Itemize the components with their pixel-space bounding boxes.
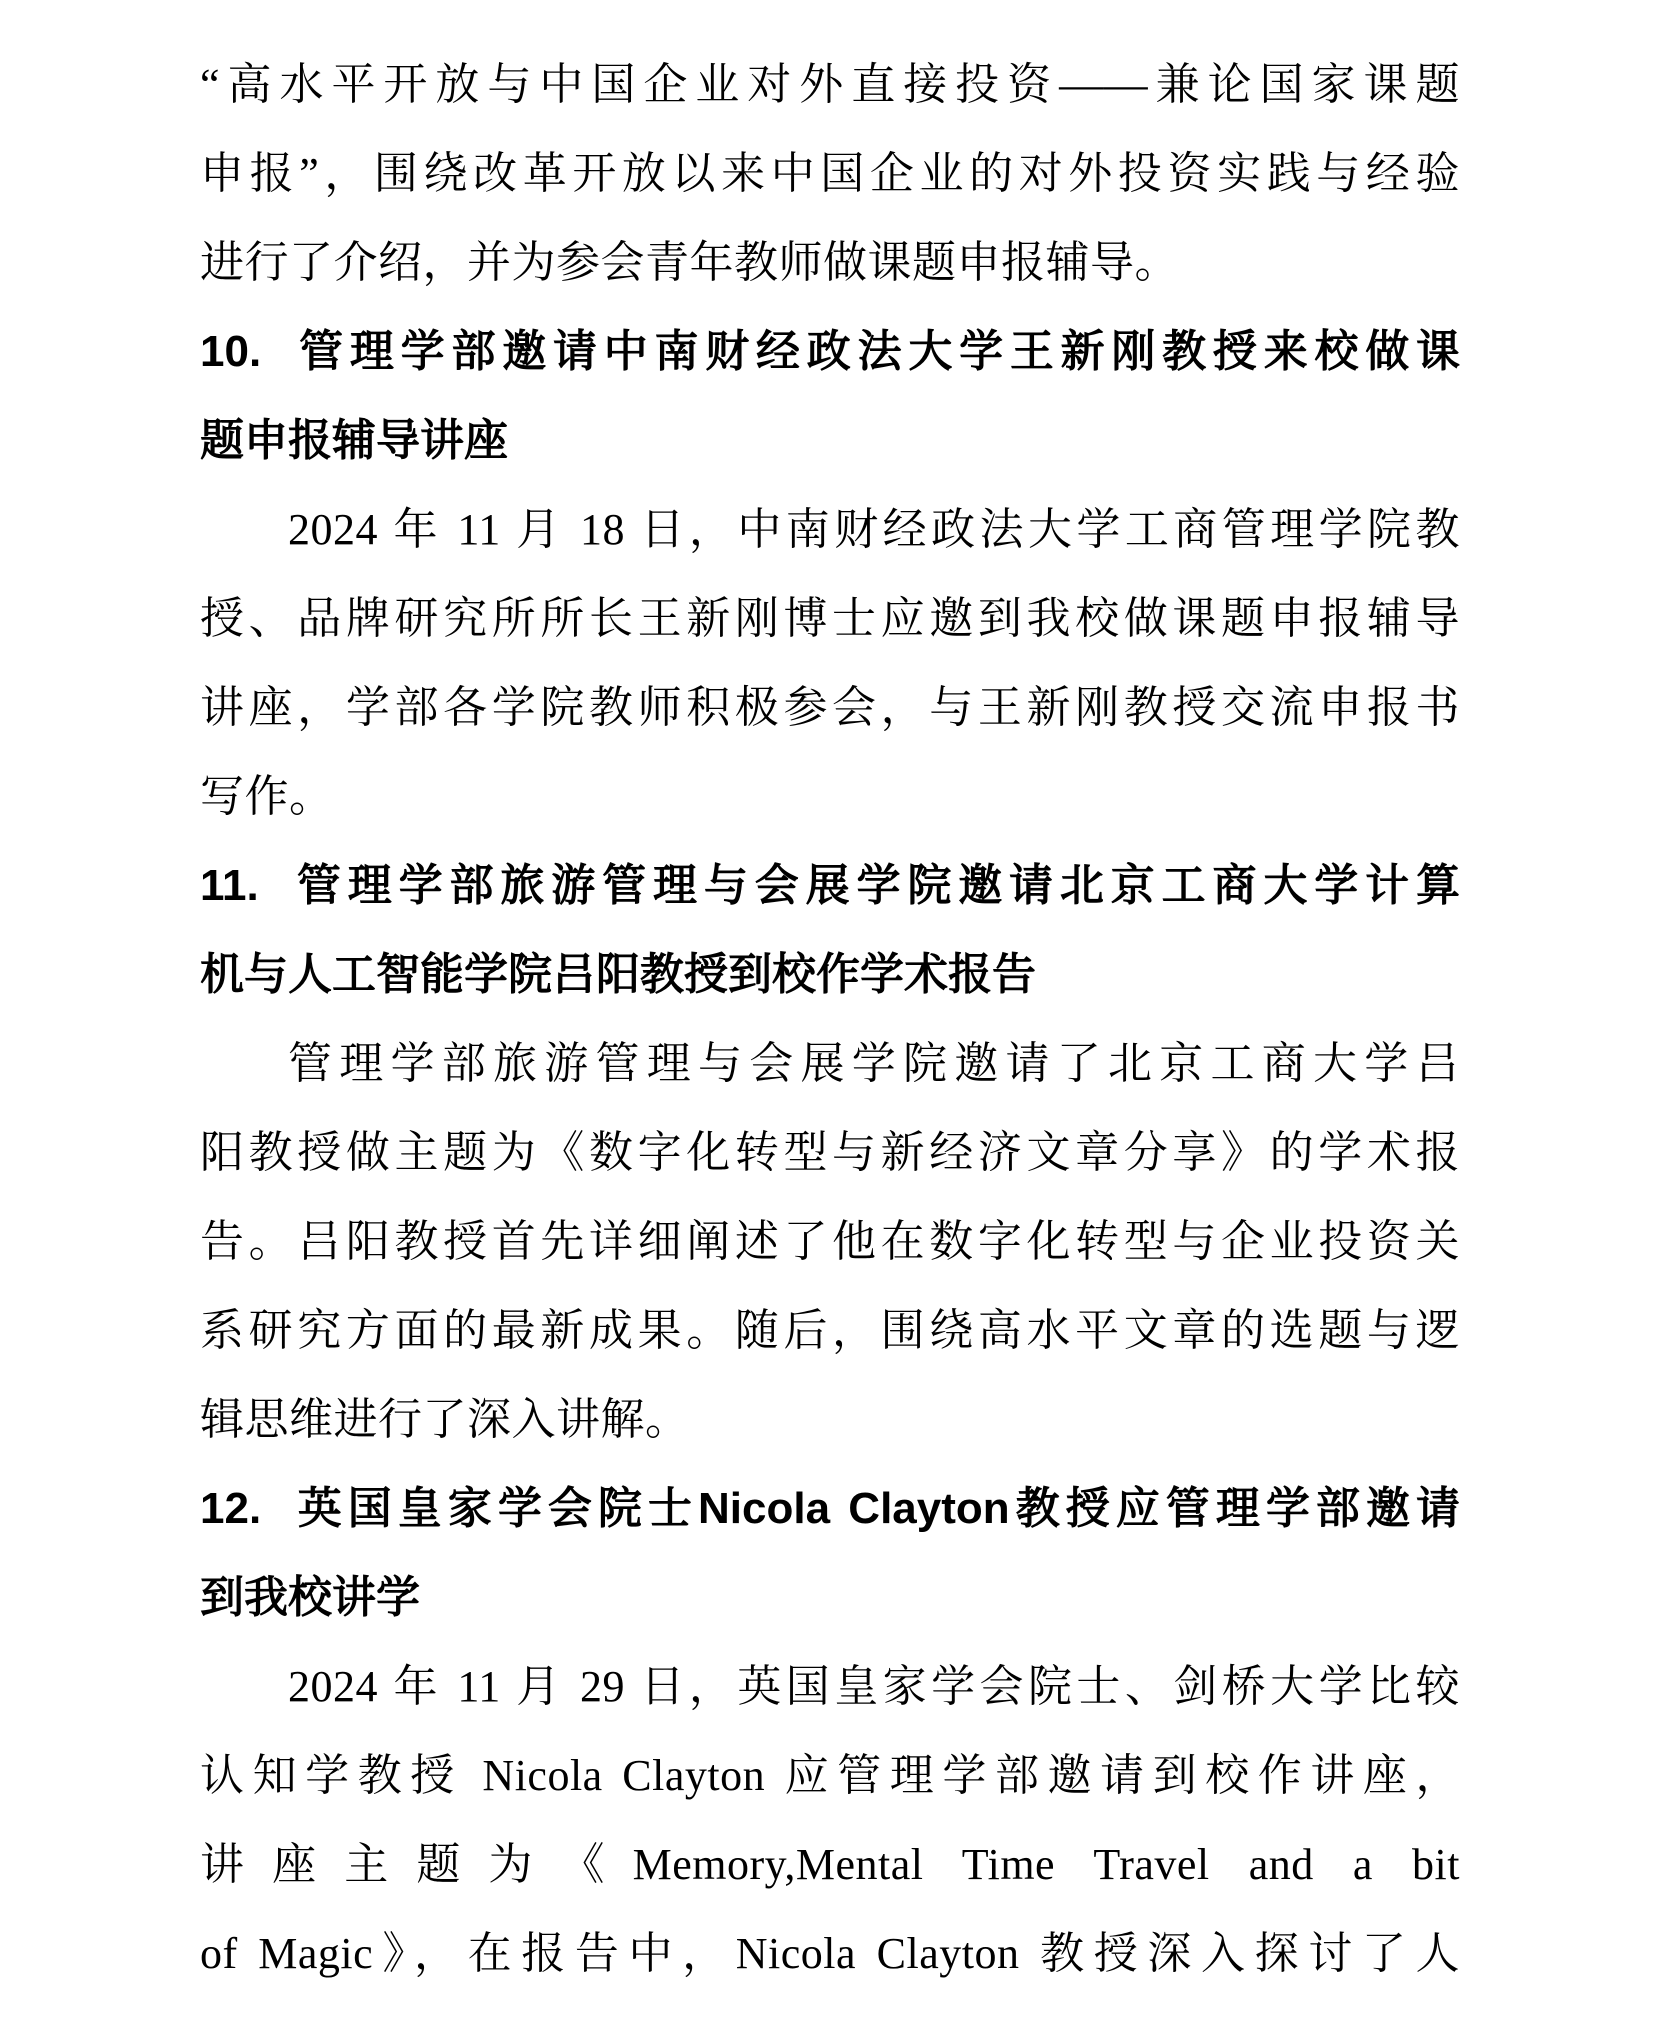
text-line: 写作。 xyxy=(200,752,1460,841)
text-line: 申报”，围绕改革开放以来中国企业的对外投资实践与经验 xyxy=(200,129,1460,218)
heading-line: 题申报辅导讲座 xyxy=(200,396,1460,485)
paragraph-10: 2024 年 11 月 18 日，中南财经政法大学工商管理学院教 授、品牌研究所… xyxy=(200,485,1460,841)
text-line: 授、品牌研究所所长王新刚博士应邀到我校做课题申报辅导 xyxy=(200,574,1460,663)
text-line: 认知学教授 Nicola Clayton 应管理学部邀请到校作讲座， xyxy=(200,1731,1460,1820)
heading-line: 到我校讲学 xyxy=(200,1553,1460,1642)
paragraph-12: 2024 年 11 月 29 日，英国皇家学会院士、剑桥大学比较 认知学教授 N… xyxy=(200,1642,1460,1998)
text-line: “高水平开放与中国企业对外直接投资——兼论国家课题 xyxy=(200,40,1460,129)
text-line: 系研究方面的最新成果。随后，围绕高水平文章的选题与逻 xyxy=(200,1286,1460,1375)
text-line: 辑思维进行了深入讲解。 xyxy=(200,1375,1460,1464)
text-line: 管理学部旅游管理与会展学院邀请了北京工商大学吕 xyxy=(200,1019,1460,1108)
heading-line: 机与人工智能学院吕阳教授到校作学术报告 xyxy=(200,930,1460,1019)
text-line: 告。吕阳教授首先详细阐述了他在数字化转型与企业投资关 xyxy=(200,1197,1460,1286)
text-line: 讲座，学部各学院教师积极参会，与王新刚教授交流申报书 xyxy=(200,663,1460,752)
text-line: 2024 年 11 月 29 日，英国皇家学会院士、剑桥大学比较 xyxy=(200,1642,1460,1731)
text-line: 2024 年 11 月 18 日，中南财经政法大学工商管理学院教 xyxy=(200,485,1460,574)
heading-11: 11. 管理学部旅游管理与会展学院邀请北京工商大学计算 机与人工智能学院吕阳教授… xyxy=(200,841,1460,1019)
heading-line: 10. 管理学部邀请中南财经政法大学王新刚教授来校做课 xyxy=(200,307,1460,396)
text-line: of Magic》，在报告中，Nicola Clayton 教授深入探讨了人 xyxy=(200,1909,1460,1998)
heading-line: 12. 英国皇家学会院士Nicola Clayton教授应管理学部邀请 xyxy=(200,1464,1460,1553)
paragraph-continued: “高水平开放与中国企业对外直接投资——兼论国家课题 申报”，围绕改革开放以来中国… xyxy=(200,40,1460,307)
text-line: 阳教授做主题为《数字化转型与新经济文章分享》的学术报 xyxy=(200,1108,1460,1197)
text-line: 讲座主题为《Memory,Mental Time Travel and a bi… xyxy=(200,1820,1460,1909)
heading-line: 11. 管理学部旅游管理与会展学院邀请北京工商大学计算 xyxy=(200,841,1460,930)
paragraph-11: 管理学部旅游管理与会展学院邀请了北京工商大学吕 阳教授做主题为《数字化转型与新经… xyxy=(200,1019,1460,1464)
heading-12: 12. 英国皇家学会院士Nicola Clayton教授应管理学部邀请 到我校讲… xyxy=(200,1464,1460,1642)
heading-10: 10. 管理学部邀请中南财经政法大学王新刚教授来校做课 题申报辅导讲座 xyxy=(200,307,1460,485)
text-line: 进行了介绍，并为参会青年教师做课题申报辅导。 xyxy=(200,218,1460,307)
document-page: “高水平开放与中国企业对外直接投资——兼论国家课题 申报”，围绕改革开放以来中国… xyxy=(0,0,1654,2036)
